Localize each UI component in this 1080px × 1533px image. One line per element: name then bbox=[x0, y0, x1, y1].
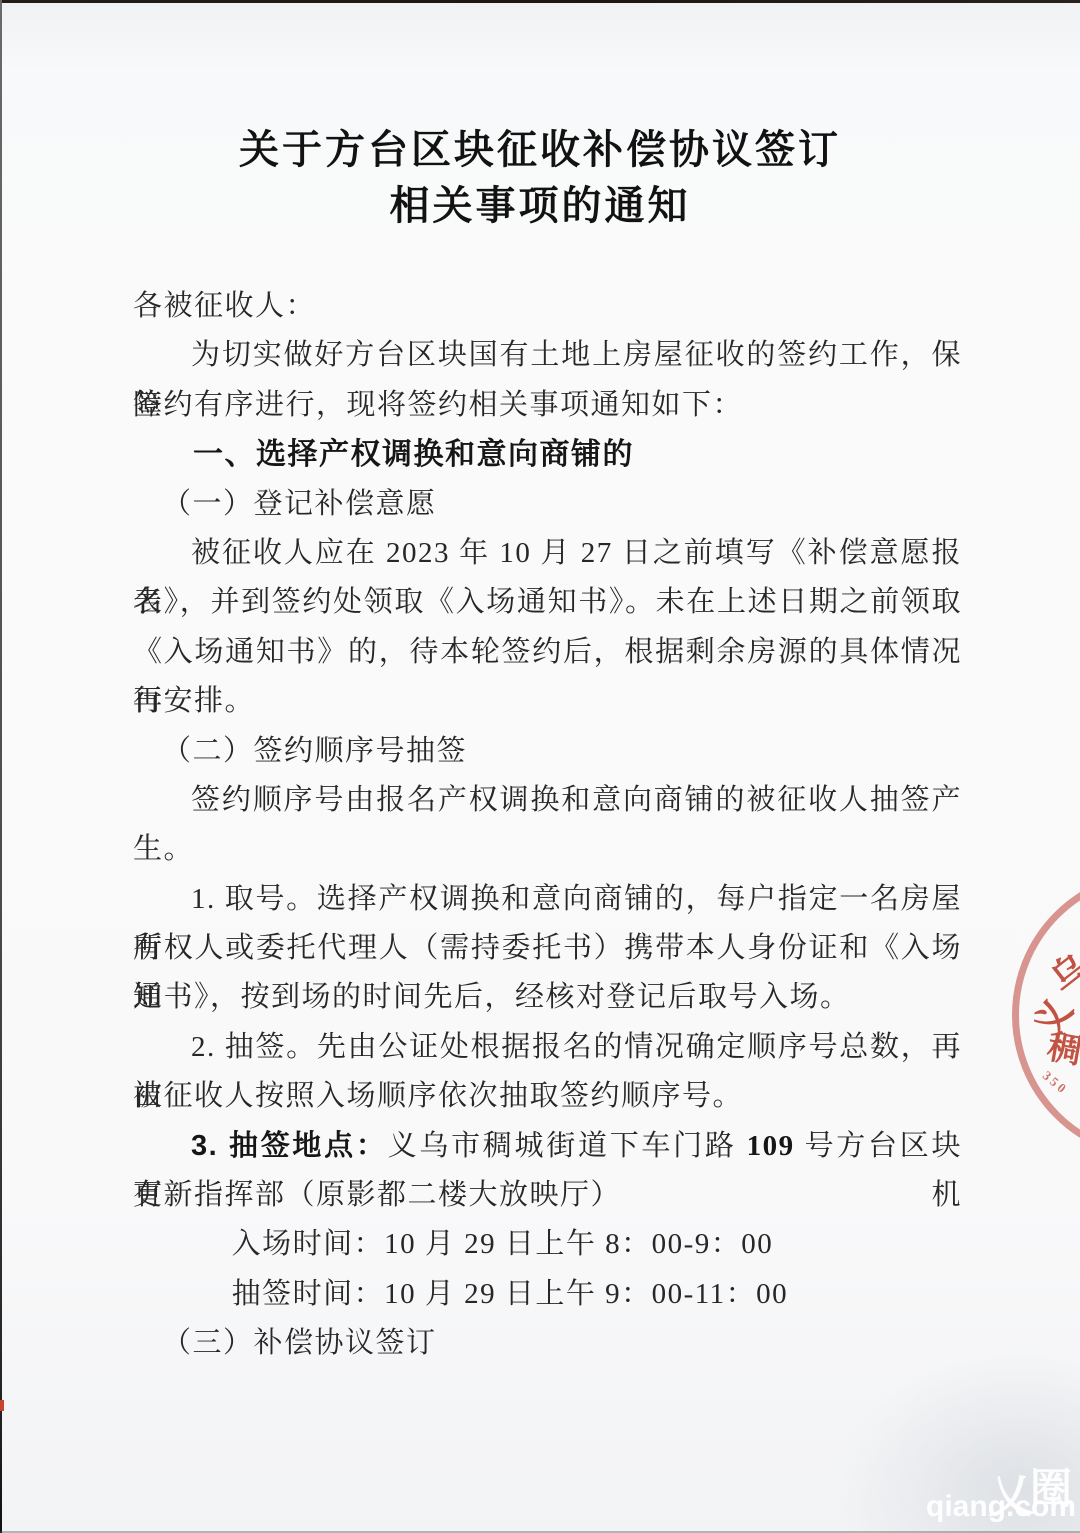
document-line: 一、选择产权调换和意向商铺的 bbox=[133, 430, 962, 479]
text-segment: 一、选择产权调换和意向商铺的 bbox=[193, 438, 634, 471]
document-line: 1. 取号。选择产权调换和意向商铺的，每户指定一名房屋所 bbox=[133, 875, 962, 924]
document-line: 表》，并到签约处领取《入场通知书》。未在上述日期之前领取 bbox=[133, 578, 962, 627]
scan-edge-red-speck bbox=[0, 1400, 4, 1411]
text-segment: （三）补偿协议签订 bbox=[162, 1327, 437, 1359]
document-line: 《入场通知书》的，待本轮签约后，根据剩余房源的具体情况再 bbox=[133, 628, 962, 677]
official-seal: 乌 义 稠城 350 bbox=[1012, 870, 1080, 1160]
document-line: 抽签时间：10 月 29 日上午 9：00-11：00 bbox=[133, 1270, 962, 1319]
text-segment: 被征收人按照入场顺序依次抽取签约顺序号。 bbox=[133, 1080, 743, 1112]
document-line: （一）登记补偿意愿 bbox=[133, 480, 962, 529]
document-line: 为切实做好方台区块国有土地上房屋征收的签约工作，保障 bbox=[133, 331, 962, 380]
watermark-glyph: 乂 bbox=[988, 1460, 1034, 1526]
document-line: 生。 bbox=[133, 825, 962, 874]
document-line: 3. 抽签地点：义乌市稠城街道下车门路 109 号方台区块有机 bbox=[133, 1122, 962, 1171]
document-line: 知书》，按到场的时间先后，经核对登记后取号入场。 bbox=[133, 973, 962, 1022]
text-segment: 签约有序进行，现将签约相关事项通知如下： bbox=[133, 389, 743, 421]
text-segment: 义乌市稠城街道下车门路 bbox=[388, 1130, 747, 1162]
document-line: （二）签约顺序号抽签 bbox=[133, 727, 962, 776]
document-title: 关于方台区块征收补偿协议签订 相关事项的通知 bbox=[0, 122, 1080, 234]
body-text: 各被征收人：为切实做好方台区块国有土地上房屋征收的签约工作，保障签约有序进行，现… bbox=[133, 282, 962, 1369]
seal-digits: 350 bbox=[1039, 1068, 1071, 1099]
document-line: 被征收人按照入场顺序依次抽取签约顺序号。 bbox=[133, 1072, 962, 1121]
text-segment: （二）签约顺序号抽签 bbox=[162, 735, 467, 767]
title-line-2: 相关事项的通知 bbox=[0, 178, 1080, 234]
document-line: 2. 抽签。先由公证处根据报名的情况确定顺序号总数，再由 bbox=[133, 1023, 962, 1072]
document-line: 入场时间：10 月 29 日上午 8：00-9：00 bbox=[133, 1220, 962, 1269]
document-line: （三）补偿协议签订 bbox=[133, 1319, 962, 1368]
title-line-1: 关于方台区块征收补偿协议签订 bbox=[0, 122, 1080, 178]
document-line: 有权人或委托代理人（需持委托书）携带本人身份证和《入场通 bbox=[133, 924, 962, 973]
text-segment: 知书》，按到场的时间先后，经核对登记后取号入场。 bbox=[133, 981, 851, 1013]
text-segment: 入场时间：10 月 29 日上午 8：00-9：00 bbox=[232, 1228, 774, 1260]
text-segment: 签约顺序号由报名产权调换和意向商铺的被征收人抽签产 bbox=[191, 784, 962, 816]
watermark-glyph: 圈 bbox=[1030, 1456, 1072, 1516]
watermark-text: qiang.com bbox=[926, 1490, 1076, 1524]
document-line: 签约有序进行，现将签约相关事项通知如下： bbox=[133, 381, 962, 430]
text-segment: 各被征收人： bbox=[133, 290, 316, 322]
scan-edge-top bbox=[0, 0, 1080, 3]
document-line: 签约顺序号由报名产权调换和意向商铺的被征收人抽签产 bbox=[133, 776, 962, 825]
document-line: 各被征收人： bbox=[133, 282, 962, 331]
document-line: 行安排。 bbox=[133, 677, 962, 726]
text-segment: 109 bbox=[747, 1130, 795, 1162]
document-line: 被征收人应在 2023 年 10 月 27 日之前填写《补偿意愿报名 bbox=[133, 529, 962, 578]
text-segment: 3. 抽签地点： bbox=[191, 1130, 388, 1162]
text-segment: 抽签时间：10 月 29 日上午 9：00-11：00 bbox=[232, 1278, 789, 1310]
scanned-notice-page: 关于方台区块征收补偿协议签订 相关事项的通知 各被征收人：为切实做好方台区块国有… bbox=[0, 0, 1080, 1533]
text-segment: 表》，并到签约处领取《入场通知书》。未在上述日期之前领取 bbox=[133, 586, 962, 618]
text-segment: 行安排。 bbox=[133, 685, 255, 717]
text-segment: （一）登记补偿意愿 bbox=[162, 488, 437, 520]
text-segment: 生。 bbox=[133, 833, 194, 865]
text-segment: 更新指挥部（原影都二楼大放映厅） bbox=[133, 1179, 621, 1211]
